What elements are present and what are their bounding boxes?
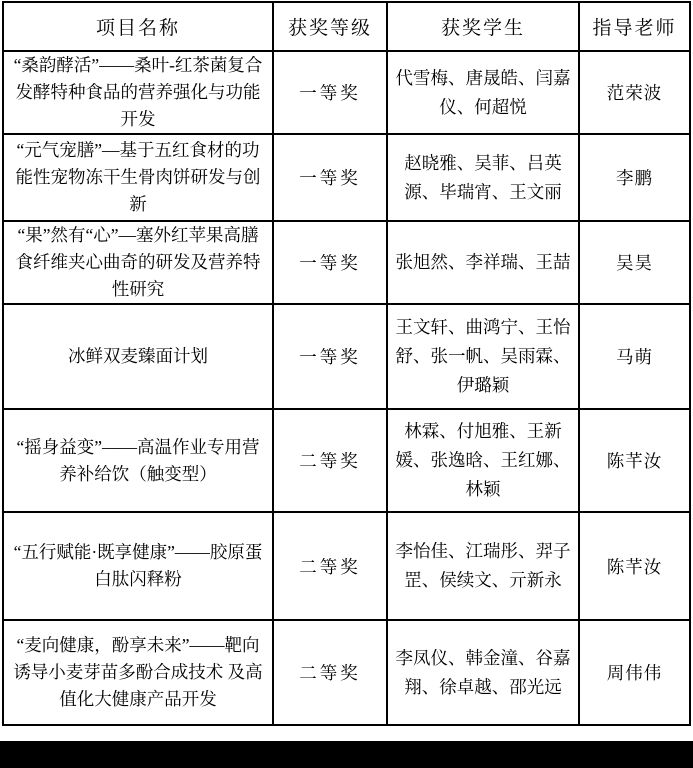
award-level-cell: 二等奖 [273, 620, 387, 725]
award-level-cell: 一等奖 [273, 221, 387, 304]
awards-table: 项目名称 获奖等级 获奖学生 指导老师 “桑韵酵活”——桑叶-红茶菌复合发酵特种… [2, 1, 691, 726]
students-cell: 王文轩、曲鸿宁、王怡舒、张一帆、吴雨霖、伊璐颖 [387, 304, 579, 409]
award-level-cell: 一等奖 [273, 134, 387, 221]
bottom-black-bar [0, 741, 693, 768]
project-name-cell: “果”然有“心”—塞外红苹果高膳食纤维夹心曲奇的研发及营养特性研究 [3, 221, 273, 304]
advisor-cell: 范荣波 [579, 51, 690, 134]
students-cell: 李凤仪、韩金潼、谷嘉翔、徐卓越、邵光远 [387, 620, 579, 725]
advisor-cell: 马萌 [579, 304, 690, 409]
table-row: “五行赋能·既享健康”——胶原蛋白肽闪释粉 二等奖 李怡佳、江瑞彤、羿子罡、侯续… [3, 512, 690, 620]
header-award-level: 获奖等级 [273, 2, 387, 51]
students-cell: 林霖、付旭雅、王新媛、张逸晗、王红娜、林颖 [387, 409, 579, 512]
project-name-cell: “五行赋能·既享健康”——胶原蛋白肽闪释粉 [3, 512, 273, 620]
project-name-cell: “元气宠膳”—基于五红食材的功能性宠物冻干生骨肉饼研发与创新 [3, 134, 273, 221]
document-page: 项目名称 获奖等级 获奖学生 指导老师 “桑韵酵活”——桑叶-红茶菌复合发酵特种… [0, 0, 693, 768]
header-project-name: 项目名称 [3, 2, 273, 51]
table-row: “摇身益变”——高温作业专用营养补给饮（触变型） 二等奖 林霖、付旭雅、王新媛、… [3, 409, 690, 512]
header-advisor: 指导老师 [579, 2, 690, 51]
advisor-cell: 陈芊汝 [579, 409, 690, 512]
project-name-cell: “摇身益变”——高温作业专用营养补给饮（触变型） [3, 409, 273, 512]
award-level-cell: 一等奖 [273, 304, 387, 409]
table-row: 冰鲜双麦臻面计划 一等奖 王文轩、曲鸿宁、王怡舒、张一帆、吴雨霖、伊璐颖 马萌 [3, 304, 690, 409]
table-row: “麦向健康，酚享未来”——靶向诱导小麦芽苗多酚合成技术 及高值化大健康产品开发 … [3, 620, 690, 725]
table-row: “元气宠膳”—基于五红食材的功能性宠物冻干生骨肉饼研发与创新 一等奖 赵晓雅、吴… [3, 134, 690, 221]
project-name-cell: 冰鲜双麦臻面计划 [3, 304, 273, 409]
advisor-cell: 李鹏 [579, 134, 690, 221]
header-award-students: 获奖学生 [387, 2, 579, 51]
students-cell: 张旭然、李祥瑞、王喆 [387, 221, 579, 304]
advisor-cell: 周伟伟 [579, 620, 690, 725]
award-level-cell: 二等奖 [273, 409, 387, 512]
table-row: “桑韵酵活”——桑叶-红茶菌复合发酵特种食品的营养强化与功能开发 一等奖 代雪梅… [3, 51, 690, 134]
table-row: “果”然有“心”—塞外红苹果高膳食纤维夹心曲奇的研发及营养特性研究 一等奖 张旭… [3, 221, 690, 304]
students-cell: 代雪梅、唐晟皓、闫嘉仪、何超悦 [387, 51, 579, 134]
advisor-cell: 吴昊 [579, 221, 690, 304]
award-level-cell: 一等奖 [273, 51, 387, 134]
students-cell: 李怡佳、江瑞彤、羿子罡、侯续文、亓新永 [387, 512, 579, 620]
project-name-cell: “桑韵酵活”——桑叶-红茶菌复合发酵特种食品的营养强化与功能开发 [3, 51, 273, 134]
advisor-cell: 陈芊汝 [579, 512, 690, 620]
project-name-cell: “麦向健康，酚享未来”——靶向诱导小麦芽苗多酚合成技术 及高值化大健康产品开发 [3, 620, 273, 725]
header-row: 项目名称 获奖等级 获奖学生 指导老师 [3, 2, 690, 51]
award-level-cell: 二等奖 [273, 512, 387, 620]
students-cell: 赵晓雅、吴菲、吕英源、毕瑞宵、王文丽 [387, 134, 579, 221]
